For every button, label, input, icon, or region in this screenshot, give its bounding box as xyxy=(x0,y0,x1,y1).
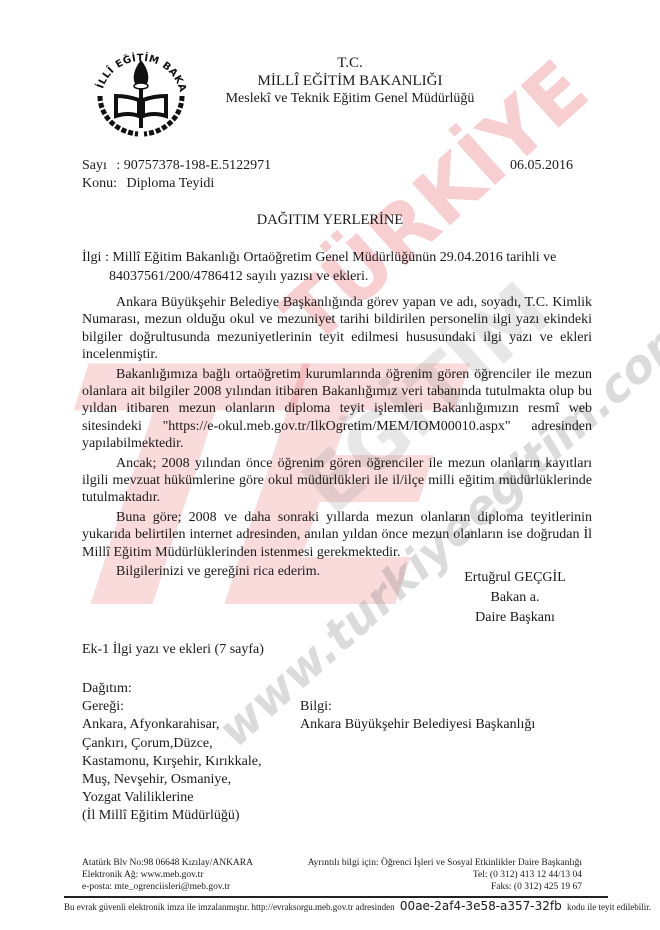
verify-prefix: Bu evrak güvenli elektronik imza ile imz… xyxy=(64,902,395,912)
geregi-item: Kastamonu, Kırşehir, Kırıkkale, xyxy=(82,753,261,771)
body-paragraph: Buna göre; 2008 ve daha sonraki yıllarda… xyxy=(82,509,592,561)
footer-info-line: Ayrıntılı bilgi için: Öğrenci İşleri ve … xyxy=(308,857,582,869)
letterhead-ministry: MİLLÎ EĞİTİM BAKANLIĞI xyxy=(200,72,500,90)
konu-label: Konu: xyxy=(82,176,117,191)
distribution-label: Dağıtım: xyxy=(82,680,261,698)
footer-tel: Tel: (0 312) 413 12 44/13 04 xyxy=(308,869,582,881)
ilgi-line2: 84037561/200/4786412 sayılı yazısı ve ek… xyxy=(82,267,556,286)
bilgi-block: Bilgi: Ankara Büyükşehir Belediyesi Başk… xyxy=(300,698,535,734)
geregi-item: Ankara, Afyonkarahisar, xyxy=(82,716,261,734)
geregi-item: Çankırı, Çorum,Düzce, xyxy=(82,735,261,753)
footer-fax: Faks: (0 312) 425 19 67 xyxy=(308,881,582,893)
geregi-item: Yozgat Valiliklerine xyxy=(82,789,261,807)
bilgi-label: Bilgi: xyxy=(300,698,535,716)
reference-number: Sayı : 90757378-198-E.5122971 xyxy=(82,158,271,174)
ministry-seal-icon: T.C. MİLLÎ EĞİTİM BAKANLIĞI xyxy=(86,30,196,140)
attachment-line: Ek-1 İlgi yazı ve ekleri (7 sayfa) xyxy=(82,642,264,658)
body-paragraph: Bakanlığımıza bağlı ortaöğretim kurumlar… xyxy=(82,366,592,453)
letter-body: Ankara Büyükşehir Belediye Başkanlığında… xyxy=(82,294,592,583)
ilgi-label: İlgi : xyxy=(82,250,109,265)
sayi-label: Sayı xyxy=(82,158,107,173)
footer-email[interactable]: e-posta: mte_ogrenciisleri@meb.gov.tr xyxy=(82,881,253,893)
ilgi-line1: Millî Eğitim Bakanlığı Ortaöğretim Genel… xyxy=(112,250,556,265)
distribution-block: Dağıtım: Gereği: Ankara, Afyonkarahisar,… xyxy=(82,680,261,826)
footer-contact: Atatürk Blv No:98 06648 Kızılay/ANKARA E… xyxy=(82,857,253,893)
konu-value: Diploma Teyidi xyxy=(127,176,215,191)
verify-suffix: kodu ile teyit edilebilir. xyxy=(567,902,651,912)
subject-line: Konu: Diploma Teyidi xyxy=(82,176,214,192)
body-paragraph: Ankara Büyükşehir Belediye Başkanlığında… xyxy=(82,294,592,364)
geregi-label: Gereği: xyxy=(82,698,261,716)
letterhead-tc: T.C. xyxy=(200,54,500,72)
signatory-title2: Daire Başkanı xyxy=(460,608,570,628)
footer-info: Ayrıntılı bilgi için: Öğrenci İşleri ve … xyxy=(308,857,582,893)
reference-block: İlgi : Millî Eğitim Bakanlığı Ortaöğreti… xyxy=(82,248,556,286)
verify-code: 00ae-2af4-3e58-a357-32fb xyxy=(400,899,562,913)
e-signature-notice: Bu evrak güvenli elektronik imza ile imz… xyxy=(64,899,651,913)
footer-web[interactable]: Elektronik Ağ: www.meb.gov.tr xyxy=(82,869,253,881)
letterhead: T.C. MİLLÎ EĞİTİM BAKANLIĞI Meslekî ve T… xyxy=(200,54,500,108)
footer-divider xyxy=(64,896,608,898)
body-paragraph: Ancak; 2008 yılından önce öğrenim gören … xyxy=(82,455,592,507)
signature-block: Ertuğrul GEÇGİL Bakan a. Daire Başkanı xyxy=(460,568,570,628)
signatory-name: Ertuğrul GEÇGİL xyxy=(460,568,570,588)
geregi-item: (İl Millî Eğitim Müdürlüğü) xyxy=(82,807,261,825)
signatory-title1: Bakan a. xyxy=(460,588,570,608)
footer-address: Atatürk Blv No:98 06648 Kızılay/ANKARA xyxy=(82,857,253,869)
bilgi-item: Ankara Büyükşehir Belediyesi Başkanlığı xyxy=(300,716,535,734)
addressee-heading: DAĞITIM YERLERİNE xyxy=(0,212,660,229)
sayi-value: : 90757378-198-E.5122971 xyxy=(116,158,271,173)
geregi-item: Muş, Nevşehir, Osmaniye, xyxy=(82,771,261,789)
document-date: 06.05.2016 xyxy=(510,158,573,174)
letterhead-directorate: Meslekî ve Teknik Eğitim Genel Müdürlüğü xyxy=(200,90,500,108)
